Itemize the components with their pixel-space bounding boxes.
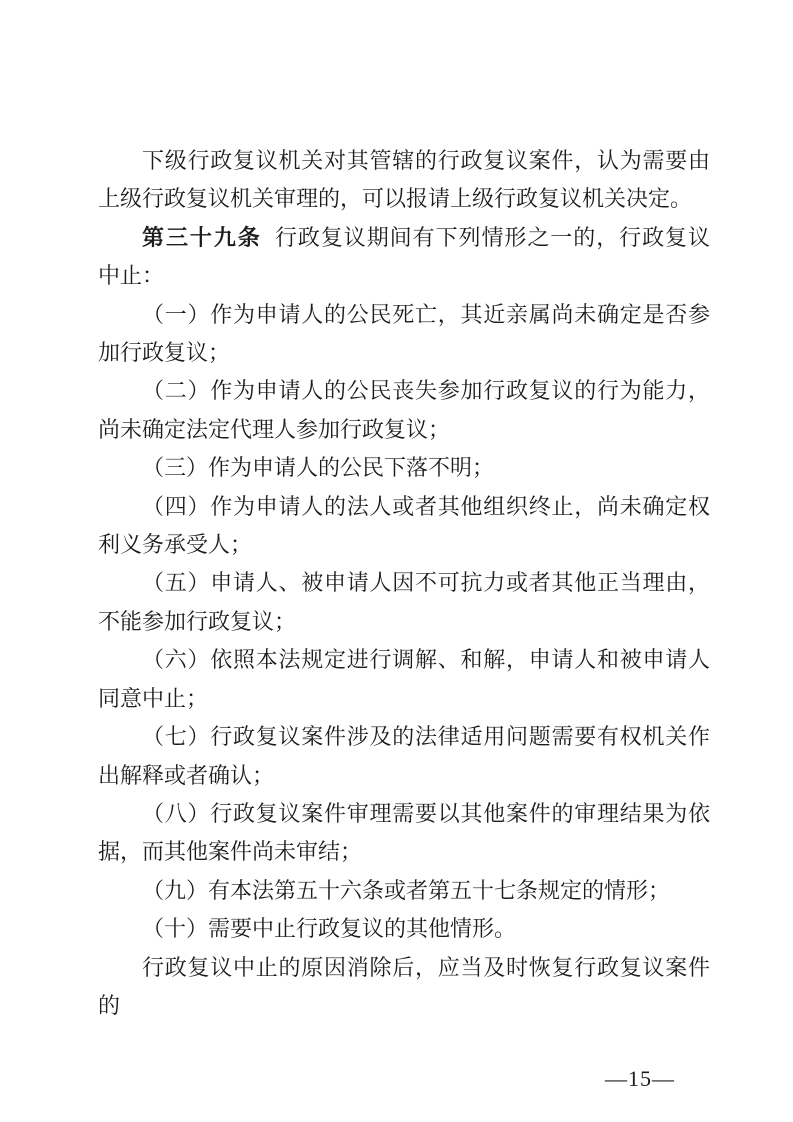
list-item-6: （六）依照本法规定进行调解、和解，申请人和被申请人同意中止； xyxy=(98,641,710,718)
list-item-7: （七）行政复议案件涉及的法律适用问题需要有权机关作出解释或者确认； xyxy=(98,718,710,795)
paragraph-resume: 行政复议中止的原因消除后，应当及时恢复行政复议案件的 xyxy=(98,949,710,1026)
list-item-8: （八）行政复议案件审理需要以其他案件的审理结果为依据，而其他案件尚未审结； xyxy=(98,795,710,872)
paragraph-jurisdiction: 下级行政复议机关对其管辖的行政复议案件，认为需要由上级行政复议机关审理的，可以报… xyxy=(98,142,710,219)
list-item-5: （五）申请人、被申请人因不可抗力或者其他正当理由，不能参加行政复议； xyxy=(98,564,710,641)
list-item-10: （十）需要中止行政复议的其他情形。 xyxy=(98,910,710,948)
list-item-1: （一）作为申请人的公民死亡，其近亲属尚未确定是否参加行政复议； xyxy=(98,296,710,373)
list-item-3: （三）作为申请人的公民下落不明； xyxy=(98,449,710,487)
list-item-4: （四）作为申请人的法人或者其他组织终止，尚未确定权利义务承受人； xyxy=(98,488,710,565)
page-number: —15— xyxy=(605,1066,675,1092)
list-item-2: （二）作为申请人的公民丧失参加行政复议的行为能力，尚未确定法定代理人参加行政复议… xyxy=(98,372,710,449)
document-page: 下级行政复议机关对其管辖的行政复议案件，认为需要由上级行政复议机关审理的，可以报… xyxy=(0,0,793,1122)
article-number-label: 第三十九条 xyxy=(142,225,262,250)
paragraph-article-39: 第三十九条行政复议期间有下列情形之一的，行政复议中止： xyxy=(98,219,710,296)
list-item-9: （九）有本法第五十六条或者第五十七条规定的情形； xyxy=(98,872,710,910)
document-body: 下级行政复议机关对其管辖的行政复议案件，认为需要由上级行政复议机关审理的，可以报… xyxy=(98,142,710,1025)
